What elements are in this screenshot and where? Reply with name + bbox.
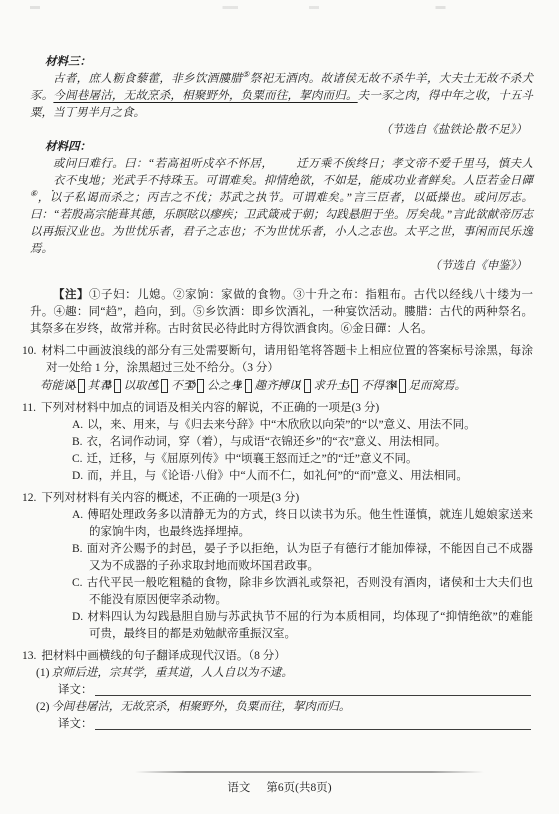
question-12: 12.下列对材料有关内容的概述，不正确的一项是(3 分) [22, 490, 533, 507]
dotted-word-qian: 迁 [273, 156, 308, 173]
scan-artifact-marks [30, 6, 537, 9]
option-text: 迁，迁移，与《屈原列传》中“顷襄王怒而迁之”的“迁”意义不同。 [87, 453, 418, 465]
dotted-word-yi: 衣 [30, 173, 65, 190]
note-ref-6: ⑥ [30, 189, 38, 198]
option-text: 傅昭处理政务多以清静无为的方式，终日以读书为乐。他生性谨慎，就连儿媳娘家送来的家… [87, 509, 533, 538]
question-12-option-c: C.古代平民一般吃粗糙的食物，除非乡饮酒礼或祭祀，否则没有酒肉，诸侯和士大夫们也… [22, 575, 533, 609]
option-label: D. [72, 470, 87, 482]
material4-text-3: 不曳地；光武手不持珠玉。可谓难矣。抑情绝欲，不如是，能成功业者鲜矣。人臣若金日磾 [65, 175, 534, 187]
material4-text-4: ，以子私谒而杀之；丙吉之不伐；苏武之执节。可谓难矣。”言三臣者，以砥操也。或问厉… [30, 192, 533, 255]
question-13: 13.把材料中画横线的句子翻译成现代汉语。（8 分） [22, 648, 533, 665]
notes-label: 【注】 [53, 289, 89, 301]
footer-page-number: 第6页(共8页) [266, 782, 331, 794]
option-label: D. [72, 611, 87, 623]
question-10-sentence: 苟能说A其君B以取邑C不至D公之身E趣齐搏以F求升土G不得容H足而窝焉。 [40, 378, 533, 395]
notes-paragraph: 【注】①子妇：儿媳。②家饷：家做的食物。③十升之布：指粗布。古代以经线八十缕为一… [30, 287, 533, 338]
answer-mark-box: A [78, 379, 85, 393]
question-10-stem: 材料二中画波浪线的部分有三处需要断句，请用铅笔将答题卡上相应位置的答案标号涂黑，… [41, 345, 533, 374]
option-text: 衣，名词作动词，穿（着），与成语“衣锦还乡”的“衣”意义、用法相同。 [87, 436, 447, 448]
footer-subject: 语文 [227, 782, 250, 794]
notes-text: ①子妇：儿媳。②家饷：家做的食物。③十升之布：指粗布。古代以经线八十缕为一升。④… [30, 289, 533, 335]
option-label: A. [72, 509, 87, 521]
answer-mark-box: G [351, 379, 358, 393]
item-number: (1) [36, 667, 51, 679]
exam-page: 材料三： 古者，庶人粝食藜藿，非乡饮酒膢腊⑤祭祀无酒肉。故诸侯无故不杀牛羊，大夫… [0, 0, 559, 814]
question-11-option-d: D.而，并且，与《论语·八佾》中“人而不仁，如礼何”的“而”意义、用法相同。 [22, 468, 533, 485]
translation-row-2: 译文： [58, 716, 533, 733]
question-12-option-b: B.面对齐公赐予的封邑，晏子予以拒绝，认为臣子有德行才能加俸禄，不能因自己不成器… [22, 541, 533, 575]
option-label: B. [72, 543, 87, 555]
translation-row-1: 译文： [58, 682, 533, 699]
item-number: (2) [36, 701, 51, 713]
option-text: 以，来、用来，与《归去来兮辞》中“木欣欣以向荣”的“以”意义、用法不同。 [87, 419, 475, 431]
answer-mark-box: C [161, 379, 168, 393]
question-12-option-a: A.傅昭处理政务多以清静无为的方式，终日以读书为乐。他生性谨慎，就连儿媳娘家送来… [22, 507, 533, 541]
scan-streak-artifact [135, 771, 484, 773]
answer-mark-box: B [114, 379, 121, 393]
option-label: B. [72, 436, 87, 448]
question-10-number: 10. [22, 345, 41, 357]
question-10: 10.材料二中画波浪线的部分有三处需要断句，请用铅笔将答题卡上相应位置的答案标号… [22, 343, 533, 377]
question-13-stem: 把材料中画横线的句子翻译成现代汉语。（8 分） [41, 650, 285, 662]
question-12-stem: 下列对材料有关内容的概述，不正确的一项是(3 分) [41, 492, 299, 504]
sentence-segment: 足而窝焉。 [409, 380, 467, 392]
answer-mark-box: D [197, 379, 204, 393]
question-13-item-1: (1)京师后进，宗其学，重其道，人人自以为不逮。 [36, 665, 533, 682]
option-text: 而，并且，与《论语·八佾》中“人而不仁，如礼何”的“而”意义、用法相同。 [87, 470, 468, 482]
question-13-number: 13. [22, 650, 41, 662]
material3-text-pre: 古者，庶人粝食藜藿，非乡饮酒膢腊 [53, 73, 242, 85]
question-13-item-2: (2)今闾巷屠沽，无故烹杀，相聚野外，负粟而往，挈肉而归。 [36, 699, 533, 716]
question-11-option-b: B.衣，名词作动词，穿（着），与成语“衣锦还乡”的“衣”意义、用法相同。 [22, 434, 533, 451]
material4-text-1: 或问曰难行。曰：“若高祖听戍卒不怀居， [53, 158, 273, 170]
question-11-number: 11. [22, 402, 41, 414]
question-12-option-d: D.材料四认为勾践悬胆自励与苏武执节不屈的行为本质相同，均体现了“抑情绝欲”的难… [22, 609, 533, 643]
material3-underlined-sentence: 今闾巷屠沽，无故烹杀，相聚野外，负粟而往，挈肉而归。 [53, 90, 357, 102]
option-label: A. [72, 419, 87, 431]
answer-mark-box: E [245, 379, 252, 393]
question-12-number: 12. [22, 492, 41, 504]
material4-source: （节选自《申鉴》） [22, 258, 527, 275]
answer-blank-line [95, 717, 532, 730]
question-11: 11.下列对材料中加点的词语及相关内容的解说，不正确的一项是(3 分) [22, 400, 533, 417]
item-text: 今闾巷屠沽，无故烹杀，相聚野外，负粟而往，挈肉而归。 [51, 701, 350, 713]
material4-paragraph: 或问曰难行。曰：“若高祖听戍卒不怀居，迁万乘不俟终日；孝文帝不爱千里马，慎夫人衣… [30, 156, 533, 258]
material3-source: （节选自《盐铁论·散不足》） [22, 122, 527, 139]
material4-text-2: 万乘不俟终日；孝文帝不爱千里马，慎夫人 [308, 158, 533, 170]
option-text: 古代平民一般吃粗糙的食物，除非乡饮酒礼或祭祀，否则没有酒肉，诸侯和士大夫们也不能… [87, 577, 533, 606]
option-label: C. [72, 453, 87, 465]
answer-mark-box: H [399, 379, 406, 393]
item-text: 京师后进，宗其学，重其道，人人自以为不逮。 [51, 667, 293, 679]
page-footer: 语文第6页(共8页) [0, 779, 559, 795]
option-text: 材料四认为勾践悬胆自励与苏武执节不屈的行为本质相同，均体现了“抑情绝欲”的难能可… [87, 611, 533, 640]
option-label: C. [72, 577, 87, 589]
translation-label: 译文： [58, 716, 93, 733]
material3-paragraph: 古者，庶人粝食藜藿，非乡饮酒膢腊⑤祭祀无酒肉。故诸侯无故不杀牛羊，大夫士无故不杀… [30, 71, 533, 122]
page-content: 材料三： 古者，庶人粝食藜藿，非乡饮酒膢腊⑤祭祀无酒肉。故诸侯无故不杀牛羊，大夫… [22, 54, 533, 733]
material4-heading: 材料四： [45, 139, 533, 156]
material3-heading: 材料三： [45, 54, 533, 71]
question-11-stem: 下列对材料中加点的词语及相关内容的解说，不正确的一项是(3 分) [41, 402, 379, 414]
question-11-option-c: C.迁，迁移，与《屈原列传》中“顷襄王怒而迁之”的“迁”意义不同。 [22, 451, 533, 468]
translation-label: 译文： [58, 682, 93, 699]
answer-blank-line [95, 683, 532, 696]
option-text: 面对齐公赐予的封邑，晏子予以拒绝，认为臣子有德行才能加俸禄，不能因自己不成器又为… [87, 543, 533, 572]
answer-mark-box: F [304, 379, 311, 393]
question-11-option-a: A.以，来、用来，与《归去来兮辞》中“木欣欣以向荣”的“以”意义、用法不同。 [22, 417, 533, 434]
note-ref-5: ⑤ [242, 70, 250, 79]
sentence-segment: 趣齐搏以 [255, 380, 301, 392]
